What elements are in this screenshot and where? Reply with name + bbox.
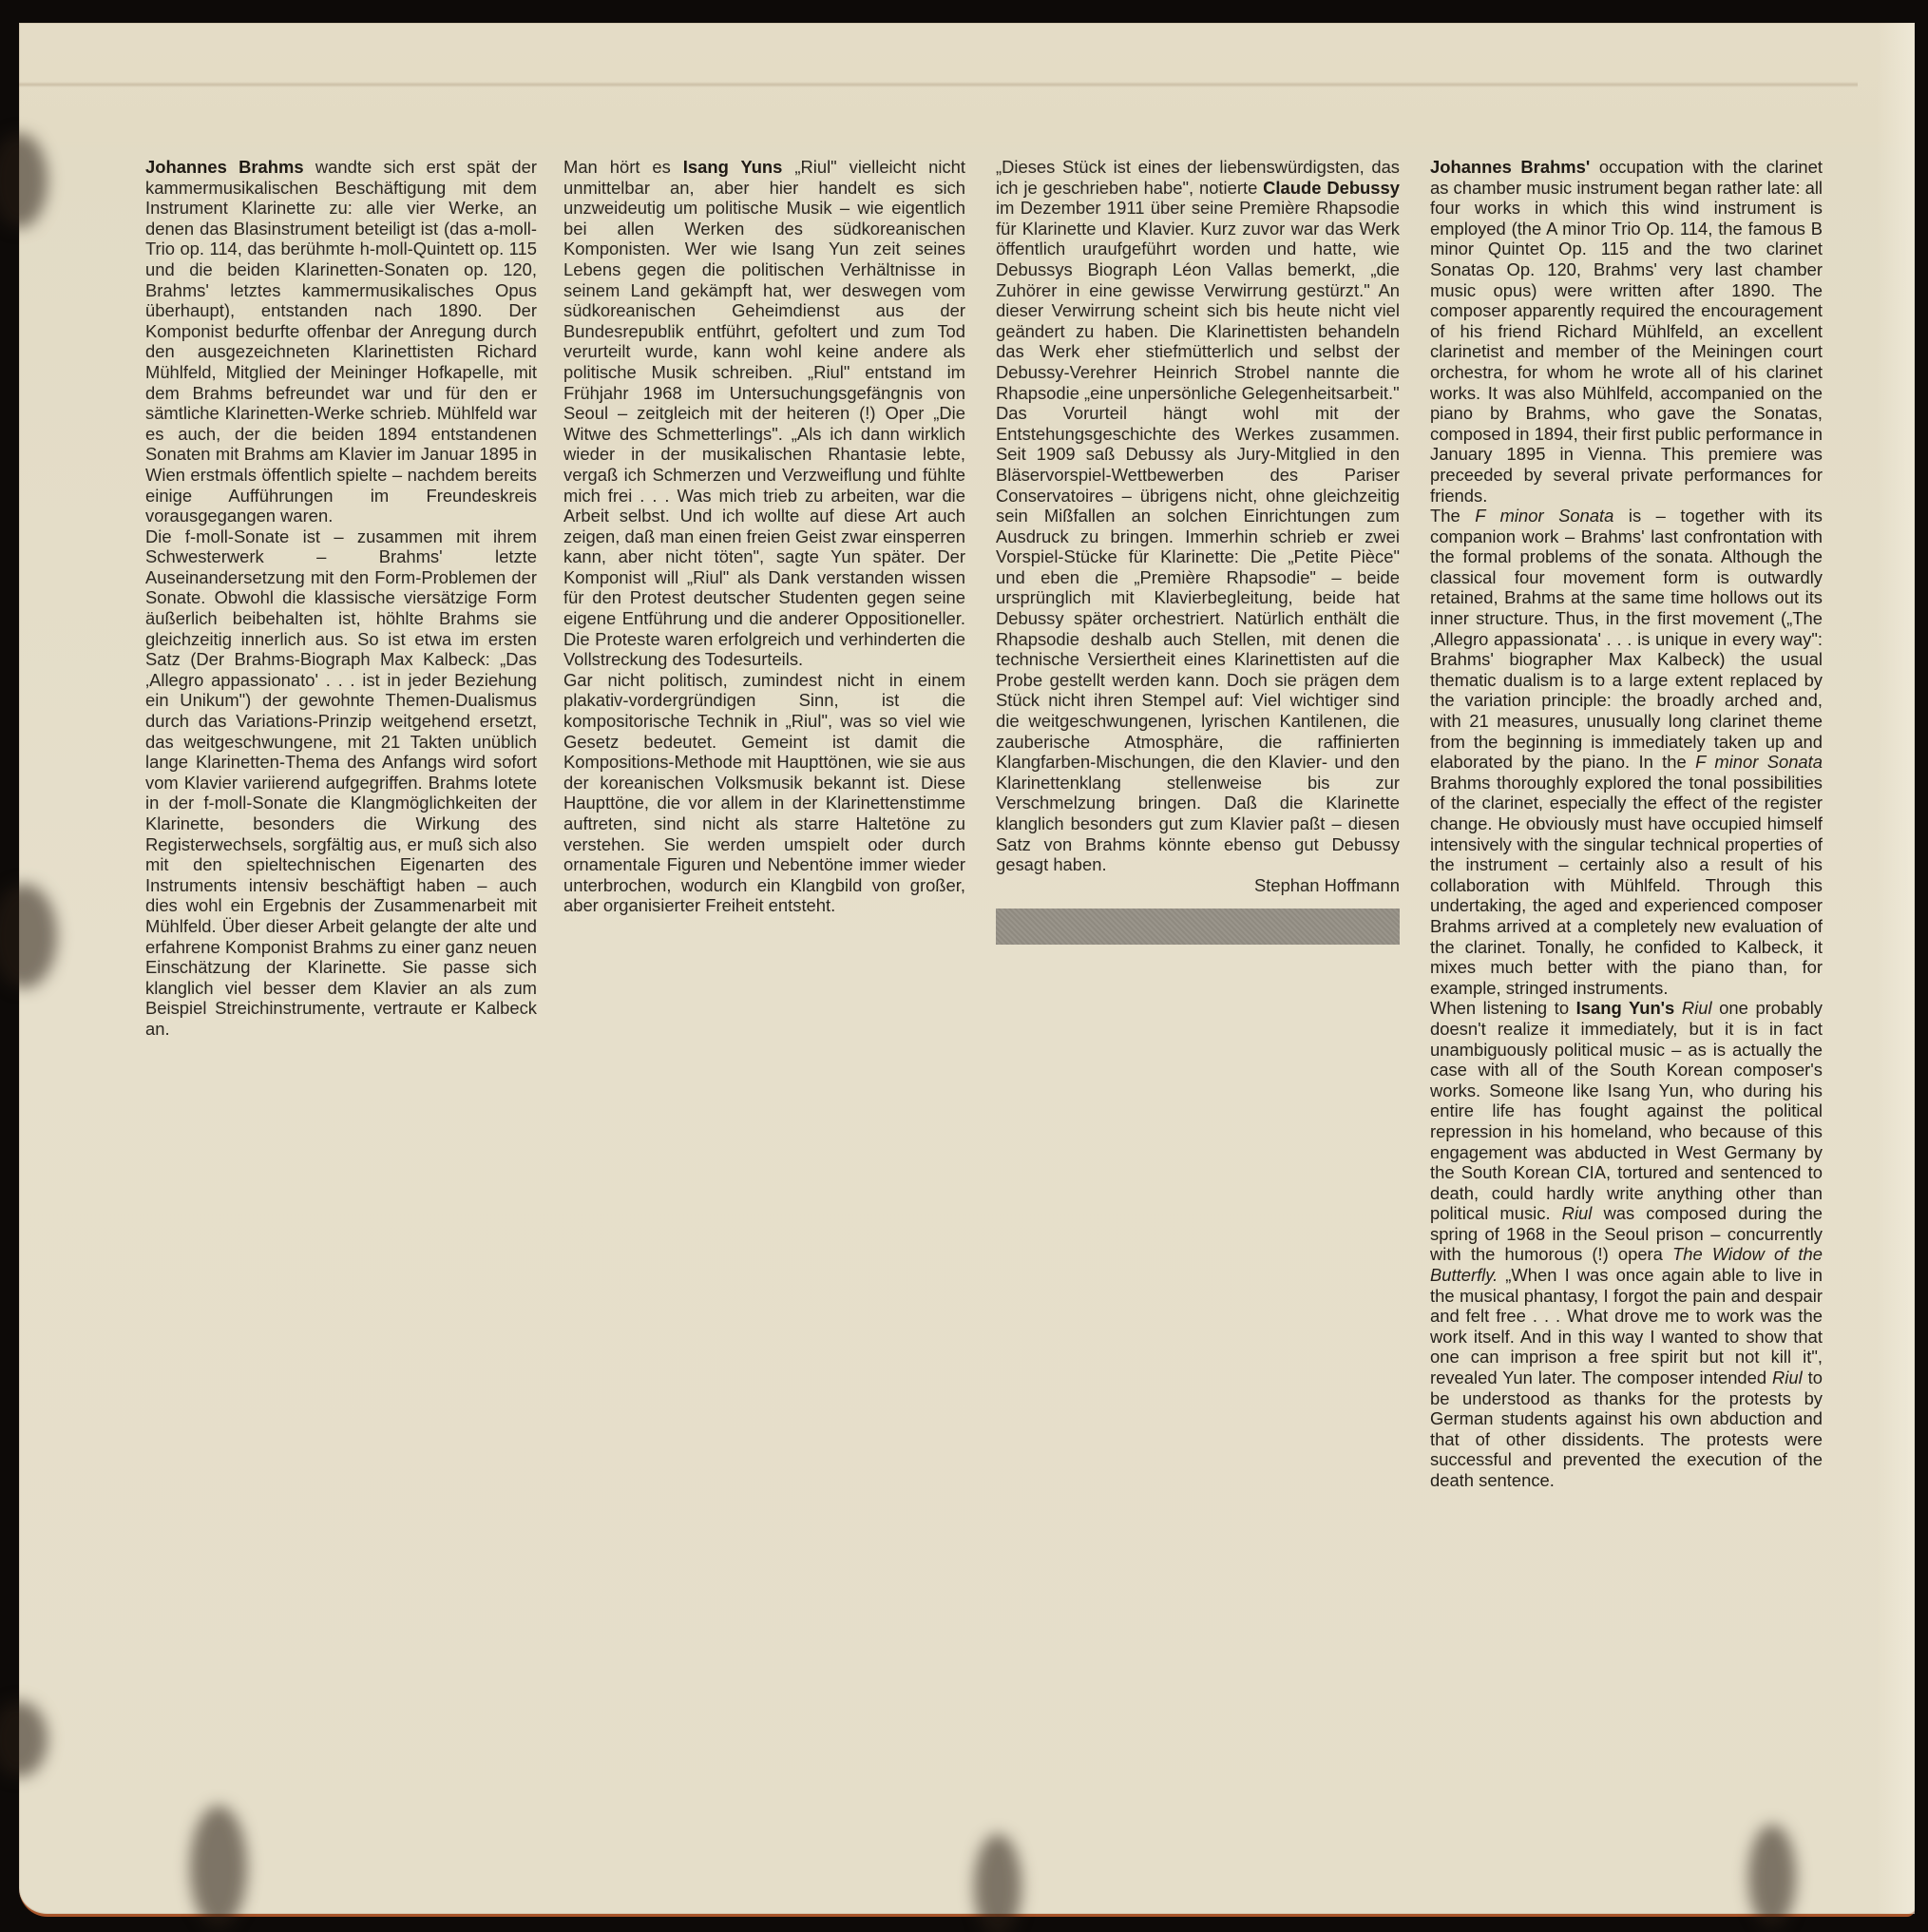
work-title: Riul — [1682, 998, 1712, 1018]
column-yun-de: Man hört es Isang Yuns „Riul" vielleicht… — [563, 157, 965, 916]
clip-shadow-bottom-mid — [974, 1834, 1021, 1932]
work-title: Riul — [1772, 1368, 1803, 1387]
composer-name: Isang Yun's — [1576, 998, 1675, 1018]
paragraph: When listening to Isang Yun's Riul one p… — [1430, 998, 1823, 1490]
paragraph: The F minor Sonata is – together with it… — [1430, 506, 1823, 998]
paragraph: Johannes Brahms' occupation with the cla… — [1430, 157, 1823, 506]
paragraph: „Dieses Stück ist eines der liebenswürdi… — [996, 157, 1400, 403]
paragraph: Die f-moll-Sonate ist – zusammen mit ihr… — [145, 526, 537, 1040]
paragraph: Gar nicht politisch, zumindest nicht in … — [563, 670, 965, 916]
paragraph: Johannes Brahms wandte sich erst spät de… — [145, 157, 537, 526]
sheet-edge-highlight — [1877, 23, 1915, 1914]
composer-name: Johannes Brahms' — [1430, 157, 1590, 177]
gray-divider-bar — [996, 909, 1400, 945]
clip-shadow-bottom-right — [1748, 1825, 1796, 1929]
column-brahms-de: Johannes Brahms wandte sich erst spät de… — [145, 157, 537, 1040]
fold-crease — [19, 82, 1858, 87]
composer-name: Johannes Brahms — [145, 157, 304, 177]
work-title: F minor Sonata — [1475, 506, 1613, 526]
column-debussy-de: „Dieses Stück ist eines der liebenswürdi… — [996, 157, 1400, 945]
composer-name: Claude Debussy — [1263, 178, 1400, 198]
work-title: Riul — [1562, 1203, 1593, 1223]
paragraph: Das Vorurteil hängt wohl mit der Entsteh… — [996, 403, 1400, 875]
work-title: F minor Sonata — [1695, 752, 1823, 772]
clip-shadow-bottom-left — [190, 1806, 247, 1929]
composer-name: Isang Yuns — [683, 157, 783, 177]
column-english: Johannes Brahms' occupation with the cla… — [1430, 157, 1823, 1491]
author-signature: Stephan Hoffmann — [996, 875, 1400, 896]
paragraph: Man hört es Isang Yuns „Riul" vielleicht… — [563, 157, 965, 670]
